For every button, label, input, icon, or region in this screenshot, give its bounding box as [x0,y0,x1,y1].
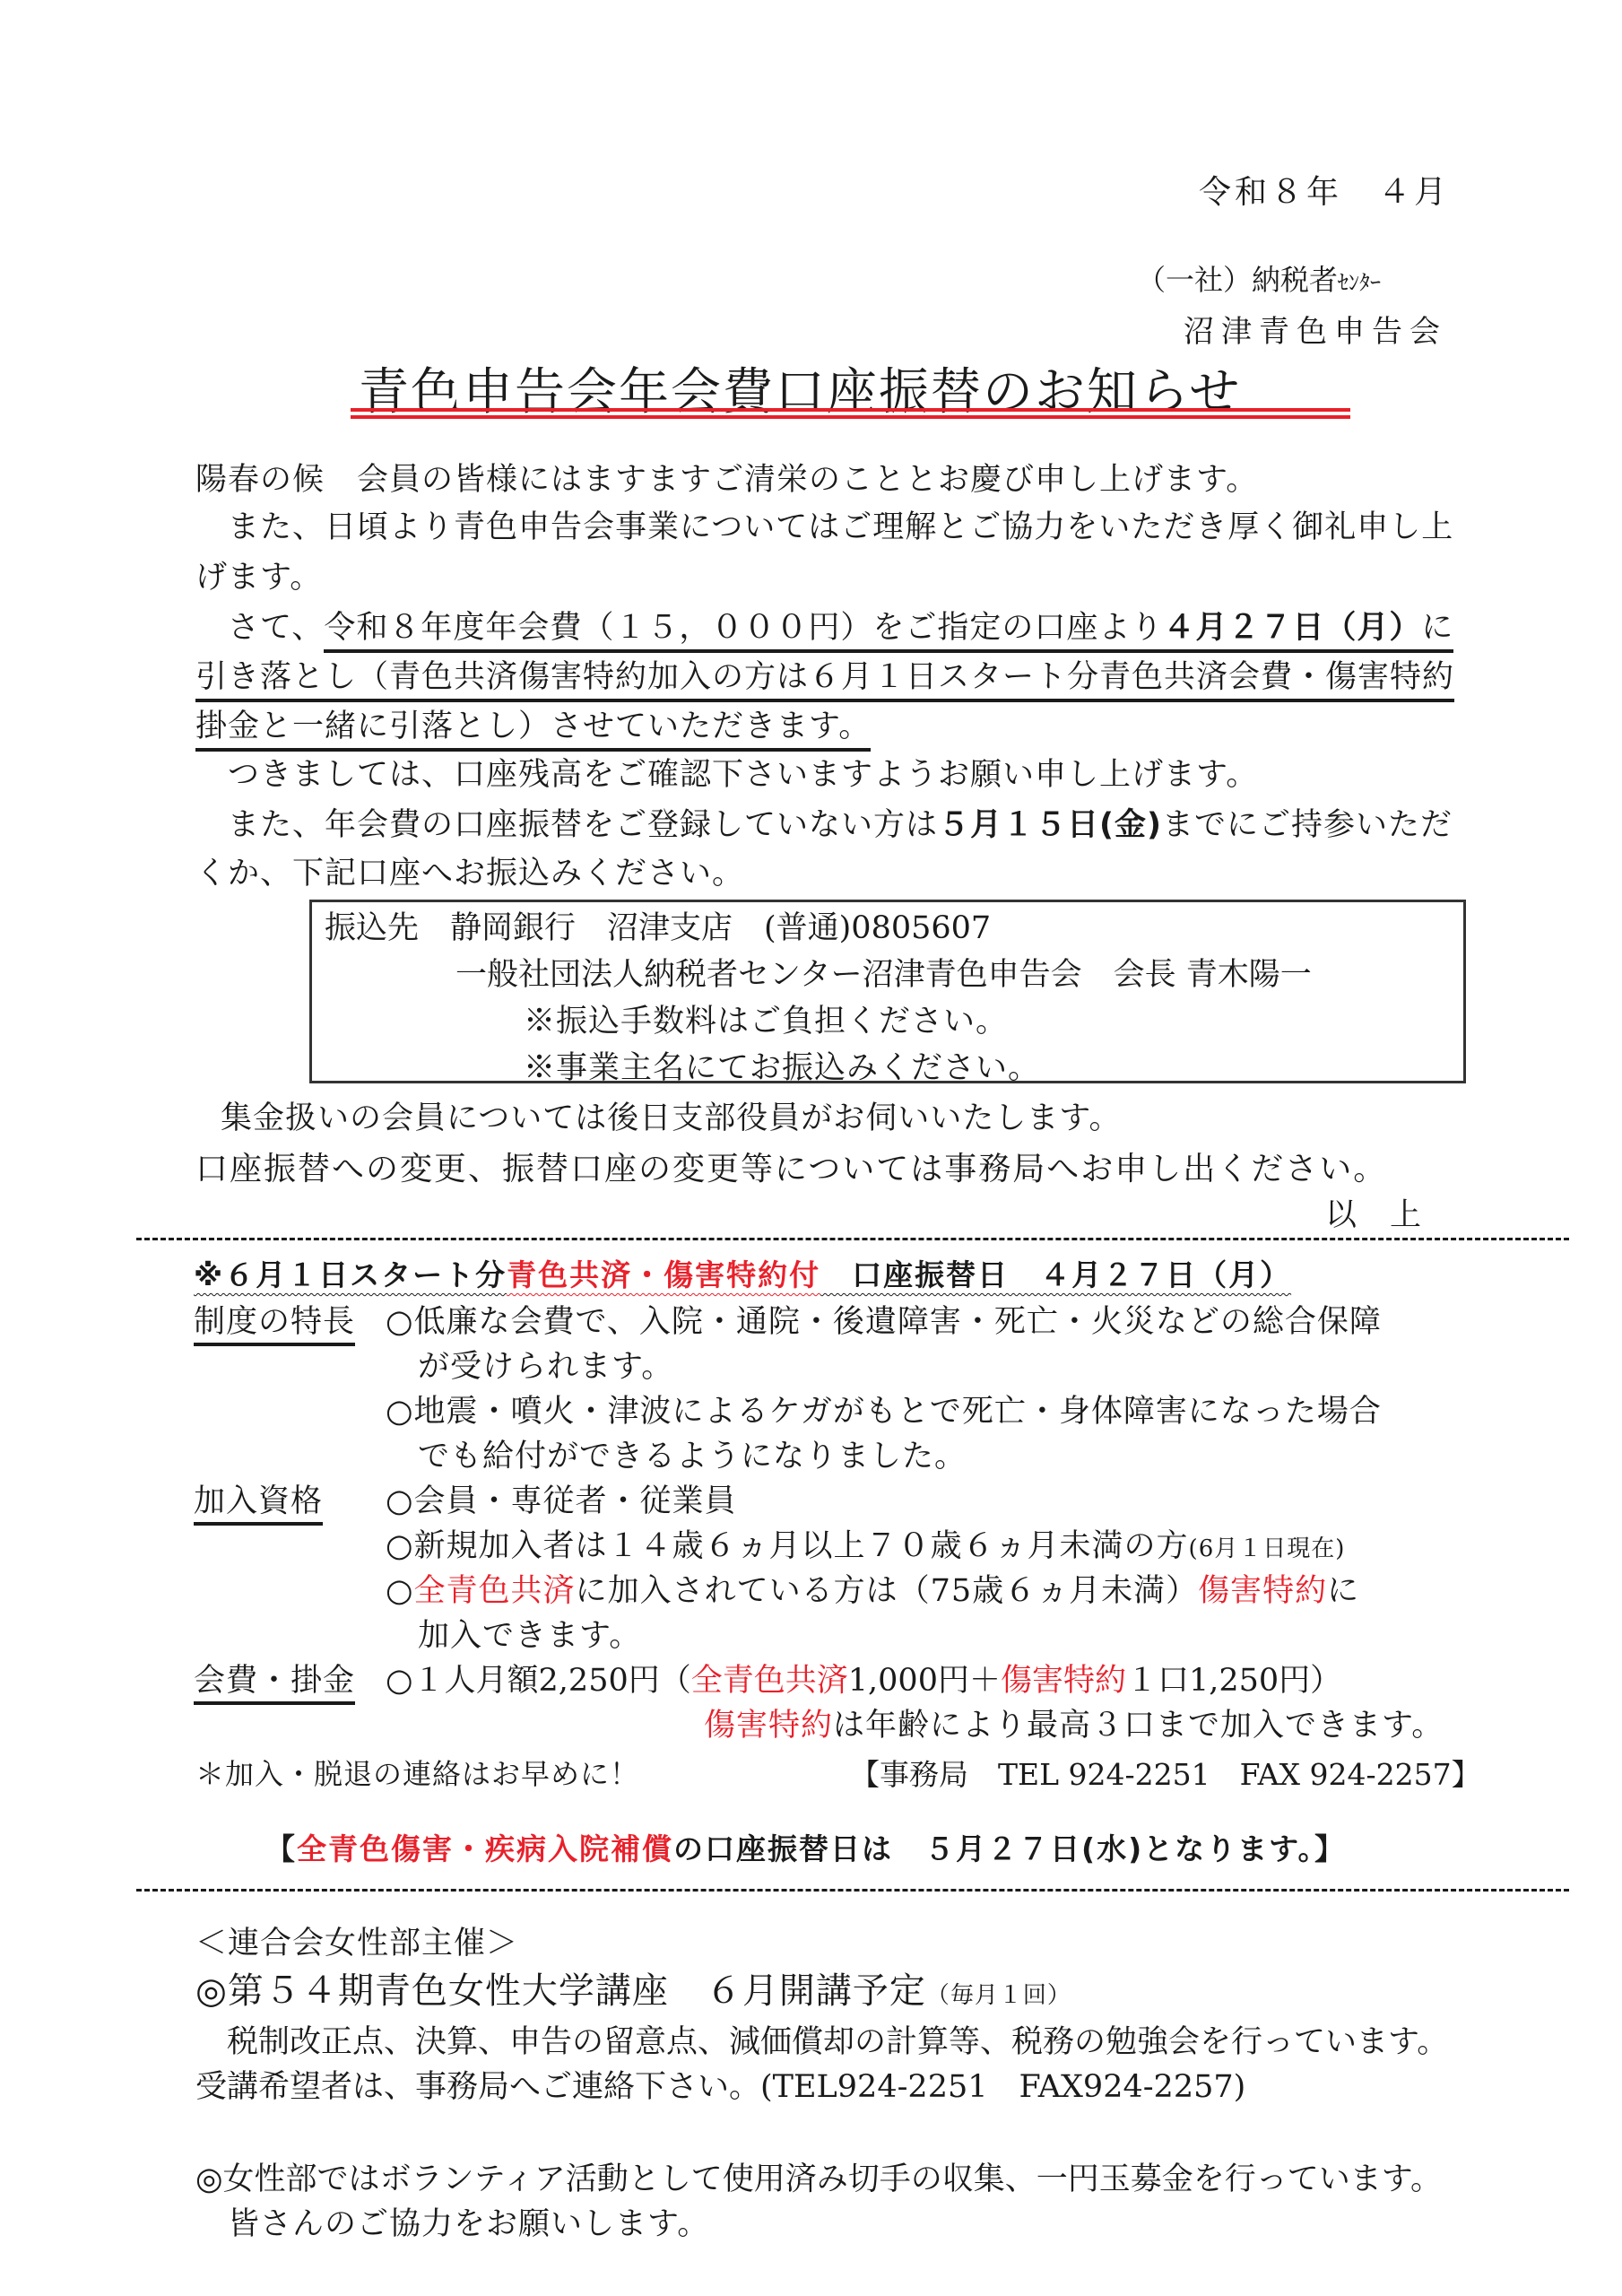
issue-date: 令和８年 ４月 [1199,167,1450,213]
eligibility-line-2: ○新規加入者は１４歳６ヵ月以上７０歳６ヵ月未満の方(6月１日現在) [386,1531,1345,1562]
debit-paragraph-line3: 掛金と一緒に引落とし）させていただきます。 [195,711,871,743]
feature-line-4: でも給付ができるようになりました。 [386,1441,967,1473]
issuer-prefix: （一社）納税者 [1137,263,1338,297]
greeting-paragraph: 陽春の候 会員の皆様にはますますご清栄のこととお慶び申し上げます。 [195,465,1258,496]
section-divider [136,1238,1569,1240]
course-title: ◎第５４期青色女性大学講座 ６月開講予定（毎月１回） [195,1973,1071,2009]
bank-account: 振込先 静岡銀行 沼津支店 (普通)0805607 [325,913,991,944]
course-contact: 受講希望者は、事務局へご連絡下さい。(TEL924-2251 FAX924-22… [195,2072,1245,2103]
contact-note: ＊加入・脱退の連絡はお早めに！ [195,1760,639,1788]
kyosai-heading-red: 青色共済・傷害特約付 [507,1257,820,1292]
feature-line-3: ○地震・噴火・津波によるケガがもとで死亡・身体障害になった場合 [386,1396,1382,1428]
fee-label: 会費・掛金 [194,1665,355,1697]
issuer-name: 沼津青色申告会 [1184,307,1447,351]
eligibility-line-4: 加入できます。 [386,1621,641,1652]
hospital-notice: 【全青色傷害・疾病入院補償の口座振替日は ５月２７日(水)となります。】 [265,1834,1346,1864]
issuer-organization: （一社）納税者ｾﾝﾀｰ [1137,257,1381,299]
debit-paragraph-line1: さて、令和８年度年会費（１５，０００円）をご指定の口座より４月２７日（月）に [195,613,1453,644]
title-underline-bottom [351,415,1350,419]
volunteer-note: ◎女性部ではボランティア活動として使用済み切手の収集、一円玉募金を行っています。 [195,2164,1442,2196]
thanks-paragraph-line1: また、日頃より青色申告会事業についてはご理解とご協力をいただき厚く御礼申し上 [195,512,1453,544]
balance-paragraph: つきましては、口座残高をご確認下さいますようお願い申し上げます。 [195,760,1258,791]
fee-line-1: ○１人月額2,250円（全青色共済1,000円＋傷害特約１口1,250円） [386,1665,1341,1697]
office-contact: 【事務局 TEL 924-2251 FAX 924-2257】 [850,1760,1481,1789]
eligibility-line-3: ○全青色共済に加入されている方は（75歳６ヵ月未満）傷害特約に [386,1576,1359,1607]
section-divider-2 [136,1889,1569,1892]
closing: 以 上 [1325,1200,1422,1231]
features-label: 制度の特長 [194,1307,355,1338]
feature-line-2: が受けられます。 [386,1352,673,1383]
name-note: ※事業主名にてお振込みください。 [524,1053,1040,1084]
bring-payment-line1: また、年会費の口座振替をご登録していない方は５月１５日(金)までにご持参いただ [195,810,1453,841]
fee-note: ※振込手数料はご負担ください。 [524,1006,1008,1038]
collection-note: 集金扱いの会員については後日支部役員がお伺いいたします。 [221,1103,1122,1135]
title-underline-top [351,408,1350,412]
issuer-suffix: ｾﾝﾀｰ [1338,270,1381,295]
course-description: 税制改正点、決算、申告の留意点、減価償却の計算等、税務の勉強会を行っています。 [195,2027,1448,2058]
womens-sponsor: ＜連合会女性部主催＞ [195,1928,518,1960]
fee-line-2: 傷害特約は年齢により最高３口まで加入できます。 [704,1710,1444,1742]
feature-line-1: ○低廉な会費で、入院・通院・後遺障害・死亡・火災などの総合保障 [386,1307,1382,1338]
debit-prefix: さて、 [195,610,324,646]
bring-payment-line2: くか、下記口座へお振込みください。 [195,858,744,890]
kyosai-heading: ※６月１日スタート分青色共済・傷害特約付 口座振替日 ４月２７日（月） [194,1260,1291,1290]
volunteer-note-2: 皆さんのご協力をお願いします。 [195,2209,709,2240]
change-request-note: 口座振替への変更、振替口座の変更等については事務局へお申し出ください。 [195,1153,1387,1186]
debit-date: ４月２７日（月） [1163,610,1421,646]
eligibility-label: 加入資格 [194,1486,323,1518]
eligibility-line-1: ○会員・専従者・従業員 [386,1486,737,1518]
debit-paragraph-line2: 引き落とし（青色共済傷害特約加入の方は６月１日スタート分青色共済会費・傷害特約 [195,662,1454,693]
debit-underlined-text: 令和８年度年会費（１５，０００円）をご指定の口座より４月２７日（月）に [324,610,1453,653]
page-title: 青色申告会年会費口座振替のお知らせ [359,352,1241,424]
account-holder: 一般社団法人納税者センター沼津青色申告会 会長 青木陽一 [455,960,1312,991]
deadline-date: ５月１５日(金) [938,807,1162,843]
thanks-paragraph-line2: げます。 [195,562,322,594]
